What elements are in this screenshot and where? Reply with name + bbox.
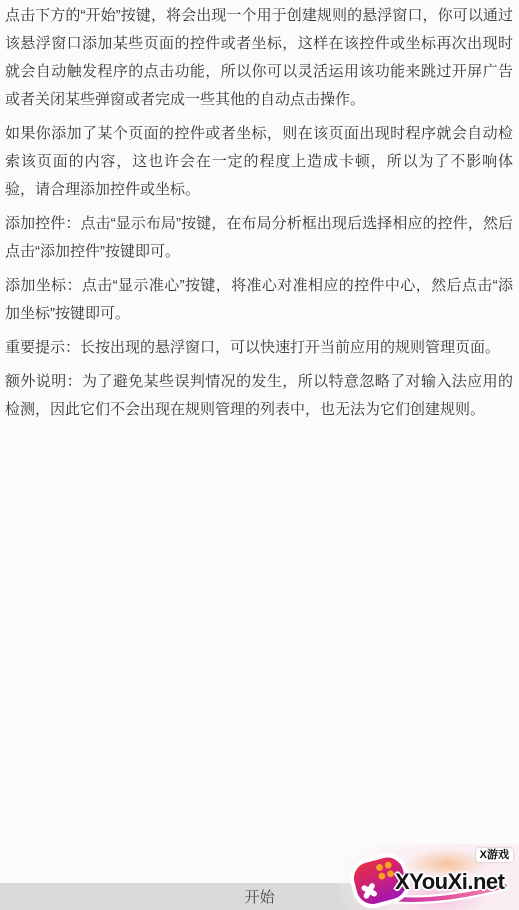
instruction-paragraph-add-coordinate: 添加坐标：点击“显示准心”按键，将准心对准相应的控件中心，然后点击“添加坐标”按… — [5, 272, 513, 328]
instruction-paragraph-important-tip: 重要提示：长按出现的悬浮窗口，可以快速打开当前应用的规则管理页面。 — [5, 334, 513, 362]
instruction-paragraph-extra-note: 额外说明：为了避免某些误判情况的发生，所以特意忽略了对输入法应用的检测，因此它们… — [5, 368, 513, 424]
watermark-site-text: XYouXi.net — [395, 869, 505, 895]
start-button-label: 开始 — [244, 886, 274, 907]
app-screen: 点击下方的“开始”按键，将会出现一个用于创建规则的悬浮窗口，你可以通过该悬浮窗口… — [0, 0, 519, 910]
watermark-badge: X游戏 — [476, 848, 513, 862]
instructions-text: 点击下方的“开始”按键，将会出现一个用于创建规则的悬浮窗口，你可以通过该悬浮窗口… — [0, 0, 519, 430]
watermark: XYouXi.net X游戏 — [339, 844, 519, 910]
instruction-paragraph-add-control: 添加控件：点击“显示布局”按键，在布局分析框出现后选择相应的控件，然后点击“添加… — [5, 210, 513, 266]
instruction-paragraph-performance: 如果你添加了某个页面的控件或者坐标，则在该页面出现时程序就会自动检索该页面的内容… — [5, 120, 513, 204]
instruction-paragraph-intro: 点击下方的“开始”按键，将会出现一个用于创建规则的悬浮窗口，你可以通过该悬浮窗口… — [5, 2, 513, 114]
